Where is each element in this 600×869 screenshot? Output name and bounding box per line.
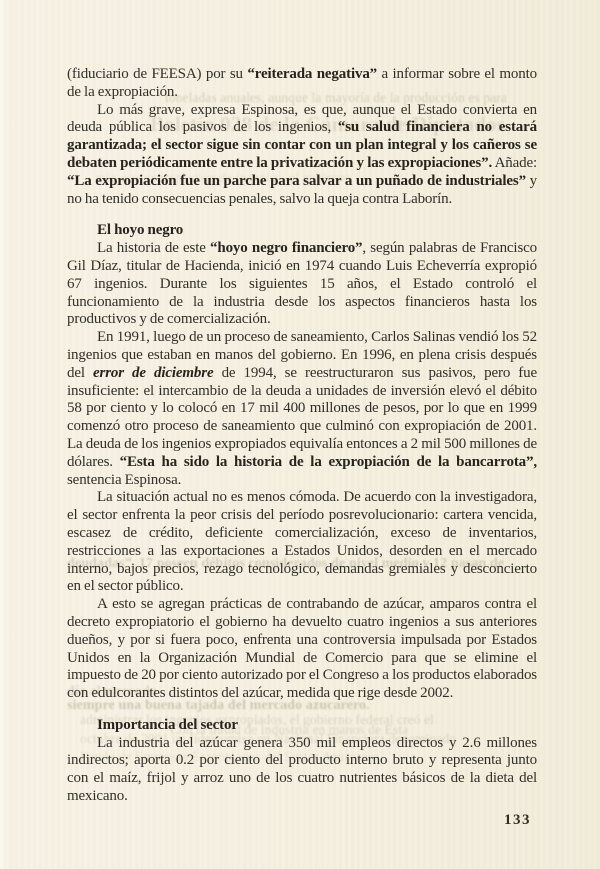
scanned-book-page: toneladas anuales, aunque la mayoría de …: [0, 0, 600, 869]
text-run: Importancia del sector: [97, 717, 238, 733]
text-run: sentencia Espinosa.: [67, 472, 181, 488]
section-heading: Importancia del sector: [67, 717, 537, 735]
page-number: 133: [504, 812, 531, 829]
text-run: (fiduciario de FEESA) por su: [67, 66, 247, 82]
text-run: La historia de este: [97, 240, 210, 256]
paragraph: La situación actual no es menos cómoda. …: [67, 489, 537, 596]
section-heading: El hoyo negro: [67, 222, 537, 240]
emphasis-run: error de diciembre: [93, 365, 213, 381]
emphasis-run: “reiterada negativa”: [247, 66, 377, 82]
text-run: A esto se agregan prácticas de contraban…: [67, 596, 537, 701]
text-run: Añade:: [492, 155, 537, 171]
paragraph: Lo más grave, expresa Espinosa, es que, …: [67, 102, 537, 209]
emphasis-run: “Esta ha sido la historia de la expropia…: [120, 454, 537, 470]
text-column: (fiduciario de FEESA) por su “reiterada …: [67, 66, 537, 806]
emphasis-run: “La expropiación fue un parche para salv…: [67, 173, 526, 189]
emphasis-run: “hoyo negro financiero”: [210, 240, 362, 256]
text-run: La industria del azúcar genera 350 mil e…: [67, 735, 537, 804]
paragraph: En 1991, luego de un proceso de saneamie…: [67, 329, 537, 489]
paragraph: (fiduciario de FEESA) por su “reiterada …: [67, 66, 537, 102]
text-run: El hoyo negro: [97, 222, 183, 238]
paragraph: La industria del azúcar genera 350 mil e…: [67, 735, 537, 806]
paragraph: A esto se agregan prácticas de contraban…: [67, 596, 537, 703]
text-run: La situación actual no es menos cómoda. …: [67, 489, 537, 594]
paragraph: La historia de este “hoyo negro financie…: [67, 240, 537, 329]
